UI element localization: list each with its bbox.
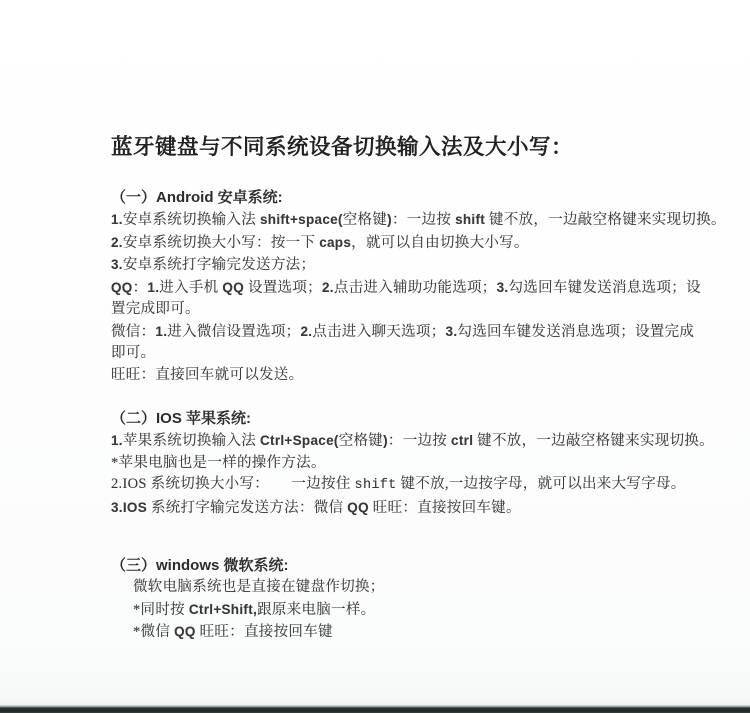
latin-bold-run: 1. [111, 212, 123, 227]
text-run: 旺旺：直接回车就可以发送。 [111, 367, 303, 383]
text-run: 键不放，一边敲空格键来实现切换。 [485, 212, 726, 228]
text-run: 即可。 [111, 345, 155, 361]
latin-bold-run: Ctrl+Shift, [189, 602, 257, 617]
text-run: 置完成即可。 [111, 301, 200, 317]
text-run: 勾选回车键发送消息选项；设置完成 [457, 324, 694, 340]
latin-bold-run: 3. [446, 324, 458, 339]
latin-bold-run: ctrl [451, 433, 473, 448]
text-run: ：一边按 [388, 433, 451, 449]
latin-bold-run: shift+space( [260, 212, 343, 227]
text-run: 微信： [111, 324, 155, 340]
text-run: 进入微信设置选项； [167, 324, 300, 340]
section-heading-ios: （二）IOS 苹果系统: [111, 408, 651, 430]
text-line: 3.IOS 系统打字输完发送方法：微信 QQ 旺旺：直接按回车键。 [111, 497, 651, 520]
latin-bold-run: 1. [111, 433, 123, 448]
text-line: 微软电脑系统也是直接在键盘作切换； [133, 577, 651, 599]
photo-bottom-edge [0, 699, 750, 713]
text-line: *微信 QQ 旺旺：直接按回车键 [133, 621, 651, 644]
document-page: 蓝牙键盘与不同系统设备切换输入法及大小写： （一）Android 安卓系统:1.… [0, 0, 750, 713]
text-run: 苹果系统切换输入法 [123, 433, 260, 449]
latin-bold-run: QQ [111, 280, 133, 295]
text-run: 2.IOS 系统切换大小写： 一边按住 [111, 476, 355, 492]
text-run: 安卓系统切换大小写：按一下 [123, 235, 319, 251]
section-heading-android: （一）Android 安卓系统: [111, 187, 651, 209]
latin-bold-run: 2. [111, 235, 123, 250]
text-run: ： [133, 280, 148, 296]
latin-bold-run: 3. [497, 280, 509, 295]
text-run: 跟原来电脑一样。 [257, 602, 375, 618]
section-ios: （二）IOS 苹果系统:1.苹果系统切换输入法 Ctrl+Space(空格键)：… [111, 408, 651, 519]
latin-bold-run: QQ [222, 280, 244, 295]
text-line: 3.安卓系统打字输完发送方法； [111, 254, 651, 277]
text-run: 键不放,一边按字母，就可以出来大写字母。 [397, 476, 686, 492]
text-run: 微软电脑系统也是直接在键盘作切换； [133, 579, 385, 595]
text-run: ，就可以自由切换大小写。 [351, 235, 529, 251]
text-run: 进入手机 [159, 280, 222, 296]
text-line: 微信：1.进入微信设置选项；2.点击进入聊天选项；3.勾选回车键发送消息选项；设… [111, 321, 651, 344]
text-line: 1.苹果系统切换输入法 Ctrl+Space(空格键)：一边按 ctrl 键不放… [111, 430, 651, 453]
text-line: *苹果电脑也是一样的操作方法。 [111, 453, 651, 475]
text-run: 旺旺：直接按回车键 [196, 624, 333, 640]
latin-bold-run: QQ [347, 500, 369, 515]
text-line: 旺旺：直接回车就可以发送。 [111, 365, 651, 387]
latin-bold-run: 1. [155, 324, 167, 339]
document-sections: （一）Android 安卓系统:1.安卓系统切换输入法 shift+space(… [111, 187, 651, 644]
text-run: *同时按 [133, 602, 189, 618]
latin-bold-run: 2. [300, 324, 312, 339]
text-run: 系统打字输完发送方法：微信 [147, 500, 347, 516]
latin-bold-run: 1. [147, 280, 159, 295]
section-android: （一）Android 安卓系统:1.安卓系统切换输入法 shift+space(… [111, 187, 651, 386]
latin-bold-run: 3. [111, 257, 123, 272]
text-run: 勾选回车键发送消息选项；设 [508, 280, 700, 296]
latin-bold-run: QQ [174, 624, 196, 639]
section-body: 微软电脑系统也是直接在键盘作切换；*同时按 Ctrl+Shift,跟原来电脑一样… [111, 577, 651, 644]
section-windows: （三）windows 微软系统:微软电脑系统也是直接在键盘作切换；*同时按 Ct… [111, 555, 651, 644]
latin-bold-run: 2. [322, 280, 334, 295]
text-run: 点击进入辅助功能选项； [334, 280, 497, 296]
text-line: 2.IOS 系统切换大小写： 一边按住 shift 键不放,一边按字母，就可以出… [111, 474, 651, 497]
text-line: QQ：1.进入手机 QQ 设置选项；2.点击进入辅助功能选项；3.勾选回车键发送… [111, 277, 651, 300]
section-body: 1.苹果系统切换输入法 Ctrl+Space(空格键)：一边按 ctrl 键不放… [111, 430, 651, 519]
text-run: 旺旺：直接按回车键。 [369, 500, 521, 516]
latin-bold-run: Ctrl+Space( [260, 433, 339, 448]
document-content: 蓝牙键盘与不同系统设备切换输入法及大小写： （一）Android 安卓系统:1.… [111, 133, 651, 644]
text-line: 2.安卓系统切换大小写：按一下 caps，就可以自由切换大小写。 [111, 232, 651, 255]
text-line: 即可。 [111, 343, 651, 365]
text-line: *同时按 Ctrl+Shift,跟原来电脑一样。 [133, 599, 651, 622]
latin-bold-run: caps [319, 235, 351, 250]
text-run: ：一边按 [392, 212, 455, 228]
text-run: 安卓系统打字输完发送方法； [123, 257, 315, 273]
text-run: 空格键 [343, 212, 387, 228]
text-run: 点击进入聊天选项； [312, 324, 445, 340]
text-run: 安卓系统切换输入法 [123, 212, 260, 228]
latin-bold-run: shift [455, 212, 485, 227]
text-line: 1.安卓系统切换输入法 shift+space(空格键)：一边按 shift 键… [111, 209, 651, 232]
text-run: *苹果电脑也是一样的操作方法。 [111, 455, 326, 471]
text-run: 设置选项； [244, 280, 322, 296]
text-run: 键不放，一边敲空格键来实现切换。 [473, 433, 714, 449]
text-run: *微信 [133, 624, 174, 640]
section-heading-windows: （三）windows 微软系统: [111, 555, 651, 577]
page-title: 蓝牙键盘与不同系统设备切换输入法及大小写： [111, 133, 651, 161]
mono-run: shift [355, 478, 397, 493]
section-body: 1.安卓系统切换输入法 shift+space(空格键)：一边按 shift 键… [111, 209, 651, 386]
latin-bold-run: 3.IOS [111, 500, 147, 515]
text-line: 置完成即可。 [111, 299, 651, 321]
text-run: 空格键 [339, 433, 383, 449]
